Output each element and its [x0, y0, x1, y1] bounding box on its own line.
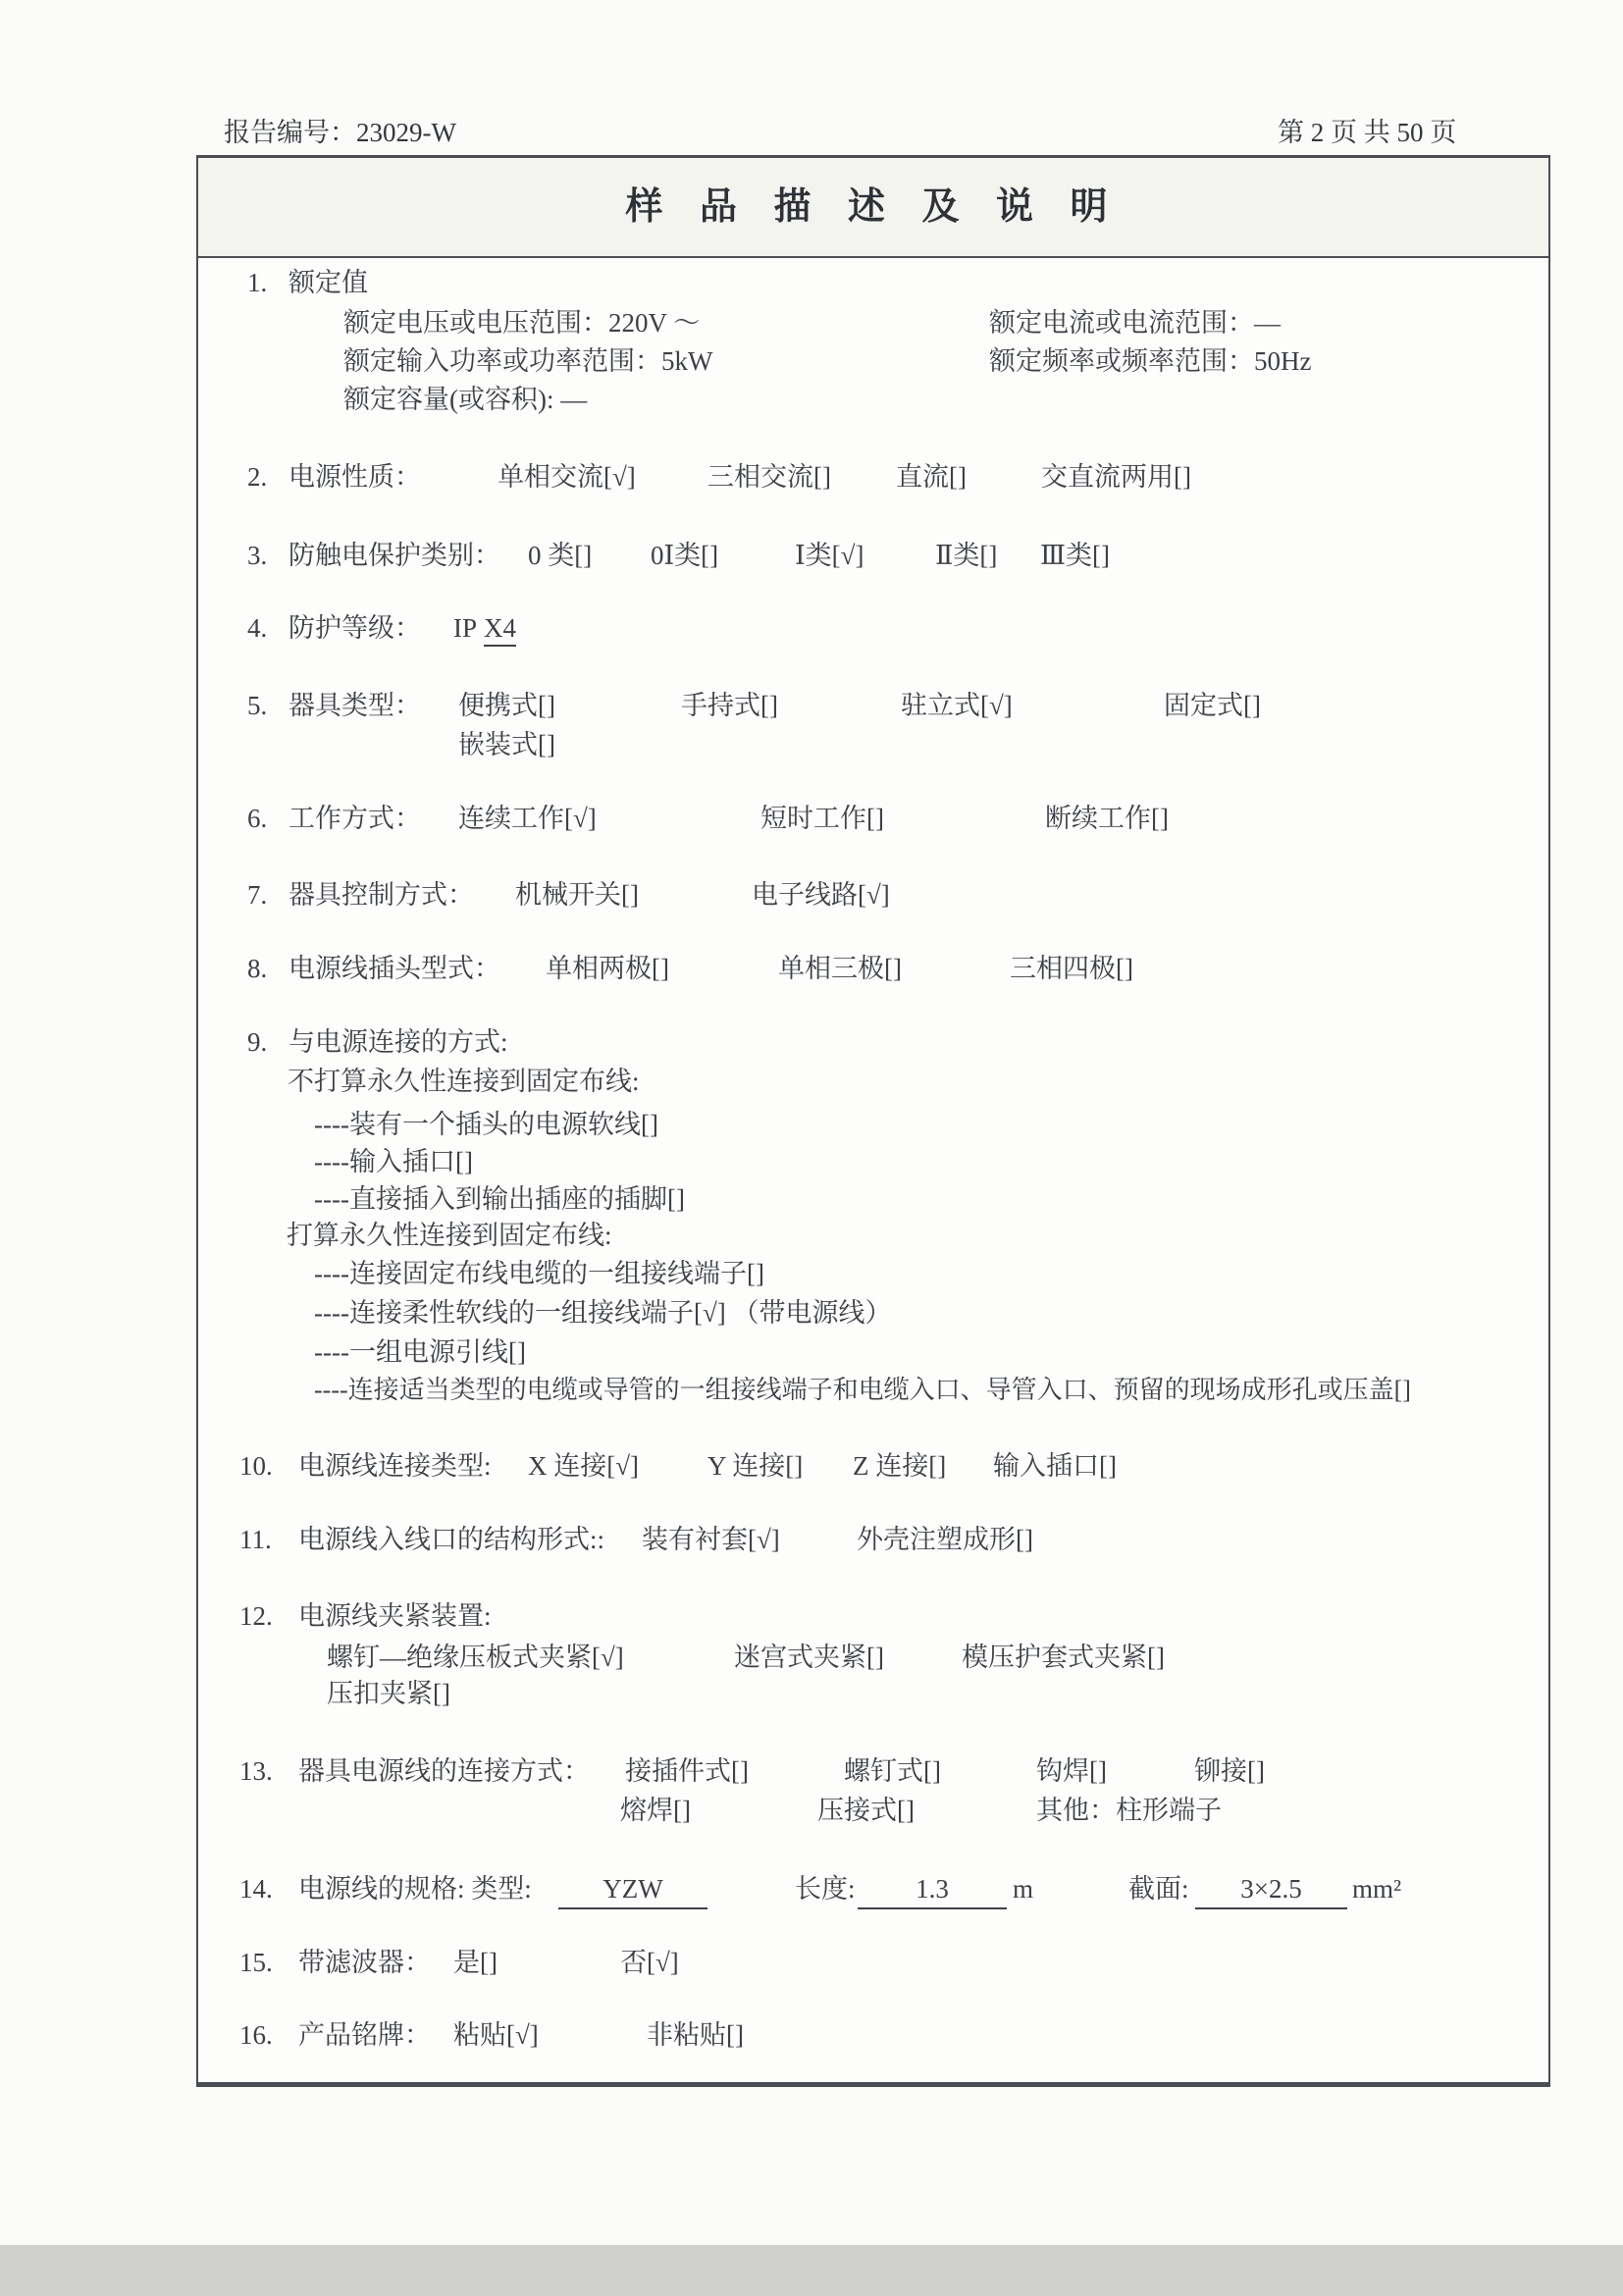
- item-11-number: 11.: [239, 1523, 272, 1556]
- item-12-row-3: 压扣夹紧[]: [198, 1677, 1548, 1710]
- item-8-opt-2: 单相三极[]: [778, 952, 902, 985]
- item-1-label: 额定值: [288, 266, 368, 299]
- item-13-opt-3: 钩焊[]: [1036, 1754, 1107, 1788]
- item-9-dash-1: ----装有一个插头的电源软线[]: [198, 1108, 1548, 1141]
- item-13-opt-5: 熔焊[]: [620, 1794, 691, 1827]
- item-2-row: 2. 电源性质： 单相交流[√] 三相交流[] 直流[] 交直流两用[]: [198, 460, 1548, 494]
- item-10-opt-3: Z 连接[]: [853, 1449, 946, 1483]
- item-9-dash-4-text: ----连接固定布线电缆的一组接线端子[]: [314, 1257, 764, 1290]
- item-9-dash-1-text: ----装有一个插头的电源软线[]: [314, 1108, 658, 1141]
- item-13-number: 13.: [239, 1754, 273, 1788]
- page-indicator: 第 2 页 共 50 页: [1278, 116, 1456, 149]
- item-12-number: 12.: [239, 1599, 273, 1633]
- item-12-row: 12. 电源线夹紧装置:: [198, 1599, 1548, 1633]
- item-14-label: 电源线的规格: 类型:: [298, 1872, 532, 1905]
- item-12-opt-1: 螺钉—绝缘压板式夹紧[√]: [327, 1641, 624, 1674]
- item-9-dash-2: ----输入插口[]: [198, 1145, 1548, 1178]
- item-9-group-1: 不打算永久性连接到固定布线:: [198, 1065, 1548, 1098]
- item-4-label: 防护等级：: [288, 611, 421, 645]
- item-7-label: 器具控制方式：: [288, 878, 474, 912]
- item-16-row: 16. 产品铭牌： 粘贴[√] 非粘贴[]: [198, 2018, 1548, 2052]
- page-header: 报告编号：23029-W 第 2 页 共 50 页: [0, 116, 1623, 149]
- item-8-opt-3: 三相四极[]: [1010, 952, 1133, 985]
- item-15-number: 15.: [239, 1946, 273, 1979]
- cord-length-unit: m: [1013, 1872, 1033, 1905]
- item-8-number: 8.: [247, 952, 267, 985]
- item-6-opt-3: 断续工作[]: [1045, 802, 1169, 835]
- item-16-opt-1: 粘贴[√]: [453, 2018, 539, 2052]
- item-1-ratings-row-3: 额定容量(或容积): —: [198, 383, 1548, 416]
- item-9-number: 9.: [247, 1025, 267, 1059]
- item-12-opt-4: 压扣夹紧[]: [327, 1677, 450, 1710]
- item-10-opt-2: Y 连接[]: [707, 1449, 803, 1483]
- item-10-opt-4: 输入插口[]: [993, 1449, 1117, 1483]
- item-8-label: 电源线插头型式：: [288, 952, 500, 985]
- item-1-number: 1.: [247, 266, 267, 299]
- item-5-opt-2: 手持式[]: [681, 689, 778, 722]
- item-12-opt-3: 模压护套式夹紧[]: [962, 1641, 1165, 1674]
- item-12-row-2: 螺钉—绝缘压板式夹紧[√] 迷宫式夹紧[] 模压护套式夹紧[]: [198, 1641, 1548, 1674]
- item-14-number: 14.: [239, 1872, 273, 1905]
- item-6-opt-2: 短时工作[]: [760, 802, 884, 835]
- item-9-row: 9. 与电源连接的方式:: [198, 1025, 1548, 1059]
- item-11-row: 11. 电源线入线口的结构形式:: 装有衬套[√] 外壳注塑成形[]: [198, 1523, 1548, 1556]
- item-3-row: 3. 防触电保护类别： 0 类[] 0Ⅰ类[] Ⅰ类[√] Ⅱ类[] Ⅲ类[]: [198, 539, 1548, 572]
- item-9-dash-4: ----连接固定布线电缆的一组接线端子[]: [198, 1257, 1548, 1290]
- item-13-row-2: 熔焊[] 压接式[] 其他：柱形端子: [198, 1794, 1548, 1827]
- item-10-label: 电源线连接类型:: [298, 1449, 492, 1483]
- item-9-label: 与电源连接的方式:: [288, 1025, 508, 1059]
- item-11-opt-2: 外壳注塑成形[]: [857, 1523, 1033, 1556]
- item-6-number: 6.: [247, 802, 267, 835]
- rated-voltage: 额定电压或电压范围：220V ～: [343, 306, 700, 339]
- item-9-group-2: 打算永久性连接到固定布线:: [198, 1219, 1548, 1252]
- cord-type-blank: YZW: [558, 1872, 707, 1909]
- form-title-bar: 样 品 描 述 及 说 明: [198, 158, 1548, 258]
- item-9-dash-6-text: ----一组电源引线[]: [314, 1335, 526, 1369]
- item-13-row: 13. 器具电源线的连接方式： 接插件式[] 螺钉式[] 钩焊[] 铆接[]: [198, 1754, 1548, 1788]
- item-9-dash-6: ----一组电源引线[]: [198, 1335, 1548, 1369]
- ip-rating-prefix: IP: [453, 611, 477, 645]
- cord-length-blank: 1.3: [858, 1872, 1007, 1909]
- item-9-dash-5-text: ----连接柔性软线的一组接线端子[√] （带电源线）: [314, 1296, 892, 1330]
- item-5-opt-4: 固定式[]: [1164, 689, 1261, 722]
- item-3-number: 3.: [247, 539, 267, 572]
- item-7-opt-2: 电子线路[√]: [752, 878, 890, 912]
- item-11-opt-1: 装有衬套[√]: [642, 1523, 780, 1556]
- rated-capacity: 额定容量(或容积): —: [343, 383, 587, 416]
- item-1-ratings-row-2: 额定输入功率或功率范围：5kW 额定频率或频率范围：50Hz: [198, 344, 1548, 378]
- item-2-opt-4: 交直流两用[]: [1041, 460, 1191, 494]
- item-16-number: 16.: [239, 2018, 273, 2052]
- cord-section-unit: mm²: [1352, 1872, 1401, 1905]
- item-13-label: 器具电源线的连接方式：: [298, 1754, 590, 1788]
- item-9-group-2-label: 打算永久性连接到固定布线:: [287, 1219, 612, 1252]
- item-16-opt-2: 非粘贴[]: [647, 2018, 744, 2052]
- item-16-label: 产品铭牌：: [298, 2018, 431, 2052]
- item-3-label: 防触电保护类别：: [288, 539, 500, 572]
- item-3-opt-1: 0 类[]: [528, 539, 592, 572]
- cord-section-blank: 3×2.5: [1195, 1872, 1347, 1909]
- item-10-opt-1: X 连接[√]: [528, 1449, 639, 1483]
- item-11-label: 电源线入线口的结构形式::: [298, 1523, 604, 1556]
- item-10-number: 10.: [239, 1449, 273, 1483]
- item-3-opt-5: Ⅲ类[]: [1040, 539, 1110, 572]
- item-4-number: 4.: [247, 611, 267, 645]
- item-15-label: 带滤波器：: [298, 1946, 431, 1979]
- item-3-opt-3: Ⅰ类[√]: [795, 539, 864, 572]
- form-table: 样 品 描 述 及 说 明 1. 额定值 额定电压或电压范围：220V ～ 额定…: [196, 155, 1550, 2087]
- cord-length-label: 长度:: [795, 1872, 856, 1905]
- item-5-row: 5. 器具类型： 便携式[] 手持式[] 驻立式[√] 固定式[]: [198, 689, 1548, 722]
- item-12-label: 电源线夹紧装置:: [298, 1599, 492, 1633]
- report-number: 报告编号：23029-W: [224, 116, 456, 149]
- item-7-row: 7. 器具控制方式： 机械开关[] 电子线路[√]: [198, 878, 1548, 912]
- item-13-opt-6: 压接式[]: [817, 1794, 915, 1827]
- item-5-row-2: 嵌装式[]: [198, 728, 1548, 761]
- item-3-opt-4: Ⅱ类[]: [935, 539, 997, 572]
- scanned-report-page: 报告编号：23029-W 第 2 页 共 50 页 样 品 描 述 及 说 明 …: [0, 0, 1623, 2296]
- form-title: 样 品 描 述 及 说 明: [625, 158, 1121, 256]
- item-9-group-1-label: 不打算永久性连接到固定布线:: [288, 1065, 640, 1098]
- item-2-opt-2: 三相交流[]: [707, 460, 831, 494]
- item-13-opt-7: 其他：柱形端子: [1036, 1794, 1222, 1827]
- item-9-dash-7-text: ----连接适当类型的电缆或导管的一组接线端子和电缆入口、导管入口、预留的现场成…: [314, 1374, 1411, 1407]
- item-1-ratings-row-1: 额定电压或电压范围：220V ～ 额定电流或电流范围：—: [198, 306, 1548, 339]
- item-4-row: 4. 防护等级： IP X4: [198, 611, 1548, 645]
- rated-frequency: 额定频率或频率范围：50Hz: [989, 344, 1311, 378]
- item-2-opt-1: 单相交流[√]: [497, 460, 636, 494]
- rated-power: 额定输入功率或功率范围：5kW: [343, 344, 712, 378]
- item-6-row: 6. 工作方式： 连续工作[√] 短时工作[] 断续工作[]: [198, 802, 1548, 835]
- item-7-opt-1: 机械开关[]: [515, 878, 639, 912]
- item-5-number: 5.: [247, 689, 267, 722]
- item-7-number: 7.: [247, 878, 267, 912]
- item-8-opt-1: 单相两极[]: [546, 952, 669, 985]
- item-14-row: 14. 电源线的规格: 类型: YZW 长度: 1.3 m 截面: 3×2.5 …: [198, 1872, 1548, 1905]
- item-1-row: 1. 额定值: [198, 266, 1548, 299]
- item-3-opt-2: 0Ⅰ类[]: [651, 539, 718, 572]
- item-2-number: 2.: [247, 460, 267, 494]
- rated-current: 额定电流或电流范围：—: [989, 306, 1281, 339]
- item-9-dash-3: ----直接插入到输出插座的插脚[]: [198, 1182, 1548, 1216]
- item-5-label: 器具类型：: [288, 689, 421, 722]
- item-9-dash-7: ----连接适当类型的电缆或导管的一组接线端子和电缆入口、导管入口、预留的现场成…: [198, 1374, 1548, 1407]
- item-5-opt-3: 驻立式[√]: [901, 689, 1013, 722]
- item-15-row: 15. 带滤波器： 是[] 否[√]: [198, 1946, 1548, 1979]
- item-13-opt-2: 螺钉式[]: [844, 1754, 941, 1788]
- item-9-dash-3-text: ----直接插入到输出插座的插脚[]: [314, 1182, 685, 1216]
- ip-rating-value: X4: [484, 611, 516, 647]
- item-13-opt-1: 接插件式[]: [625, 1754, 749, 1788]
- item-2-opt-3: 直流[]: [896, 460, 967, 494]
- item-15-opt-1: 是[]: [453, 1946, 497, 1979]
- item-6-opt-1: 连续工作[√]: [458, 802, 597, 835]
- item-2-label: 电源性质：: [288, 460, 421, 494]
- item-9-dash-5: ----连接柔性软线的一组接线端子[√] （带电源线）: [198, 1296, 1548, 1330]
- item-5-opt-1: 便携式[]: [458, 689, 555, 722]
- item-9-dash-2-text: ----输入插口[]: [314, 1145, 473, 1178]
- item-5-opt-5: 嵌装式[]: [458, 728, 555, 761]
- item-15-opt-2: 否[√]: [620, 1946, 679, 1979]
- item-12-opt-2: 迷宫式夹紧[]: [734, 1641, 884, 1674]
- cord-section-label: 截面:: [1128, 1872, 1189, 1905]
- scan-edge-shadow: [0, 2245, 1623, 2296]
- item-6-label: 工作方式：: [288, 802, 421, 835]
- item-13-opt-4: 铆接[]: [1194, 1754, 1265, 1788]
- item-8-row: 8. 电源线插头型式： 单相两极[] 单相三极[] 三相四极[]: [198, 952, 1548, 985]
- item-10-row: 10. 电源线连接类型: X 连接[√] Y 连接[] Z 连接[] 输入插口[…: [198, 1449, 1548, 1483]
